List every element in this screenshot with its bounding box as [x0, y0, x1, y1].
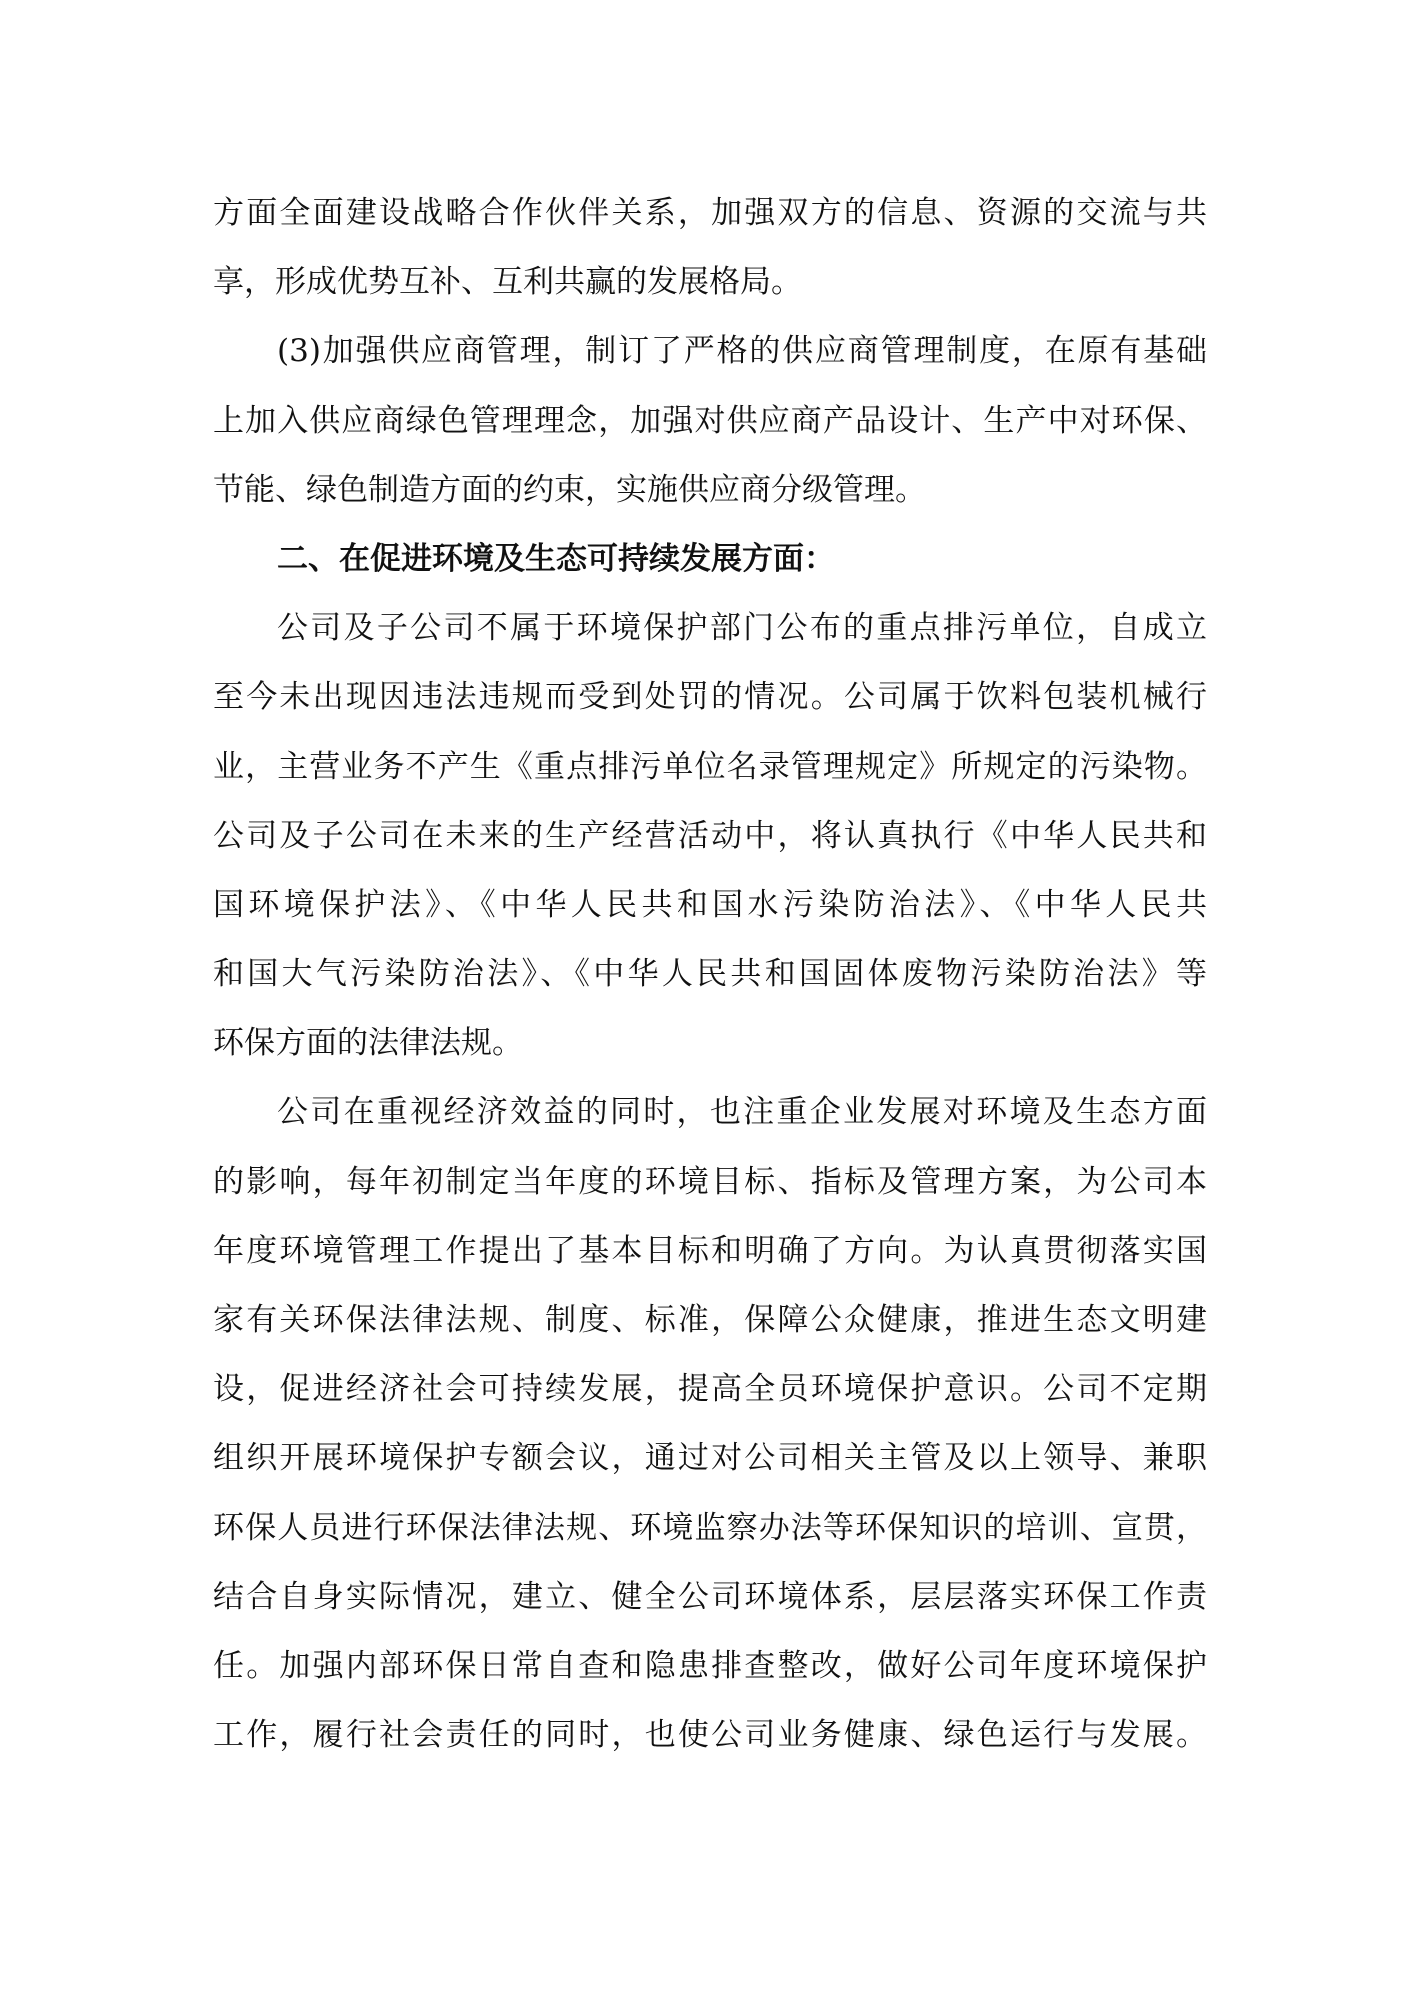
paragraph-line: 设，促进经济社会可持续发展，提高全员环境保护意识。公司不定期	[213, 1369, 1207, 1438]
paragraph-line: 国环境保护法》、《中华人民共和国水污染防治法》、《中华人民共	[213, 885, 1207, 954]
paragraph-line: 结合自身实际情况，建立、健全公司环境体系，层层落实环保工作责	[213, 1577, 1207, 1646]
paragraph-line: 至今未出现因违法违规而受到处罚的情况。公司属于饮料包装机械行	[213, 677, 1207, 746]
paragraph-line: 方面全面建设战略合作伙伴关系，加强双方的信息、资源的交流与共	[213, 193, 1207, 262]
paragraph-line: 任。加强内部环保日常自查和隐患排查整改，做好公司年度环境保护	[213, 1646, 1207, 1715]
paragraph-line: 享，形成优势互补、互利共赢的发展格局。	[213, 262, 1207, 331]
paragraph-line: 和国大气污染防治法》、《中华人民共和国固体废物污染防治法》等	[213, 954, 1207, 1023]
paragraph-line: 公司在重视经济效益的同时，也注重企业发展对环境及生态方面	[213, 1092, 1207, 1161]
paragraph-line: 工作，履行社会责任的同时，也使公司业务健康、绿色运行与发展。	[213, 1715, 1207, 1784]
paragraph-line: 家有关环保法律法规、制度、标准，保障公众健康，推进生态文明建	[213, 1300, 1207, 1369]
paragraph-line: (3)加强供应商管理，制订了严格的供应商管理制度，在原有基础	[213, 331, 1207, 400]
paragraph-line: 节能、绿色制造方面的约束，实施供应商分级管理。	[213, 470, 1207, 539]
paragraph-line: 的影响，每年初制定当年度的环境目标、指标及管理方案，为公司本	[213, 1162, 1207, 1231]
document-body: 方面全面建设战略合作伙伴关系，加强双方的信息、资源的交流与共 享，形成优势互补、…	[213, 193, 1207, 1784]
paragraph-line: 业，主营业务不产生《重点排污单位名录管理规定》所规定的污染物。	[213, 747, 1207, 816]
paragraph-line: 公司及子公司在未来的生产经营活动中，将认真执行《中华人民共和	[213, 816, 1207, 885]
section-heading: 二、在促进环境及生态可持续发展方面：	[213, 539, 1207, 608]
paragraph-line: 上加入供应商绿色管理理念，加强对供应商产品设计、生产中对环保、	[213, 401, 1207, 470]
paragraph-line: 环保方面的法律法规。	[213, 1023, 1207, 1092]
document-page: 方面全面建设战略合作伙伴关系，加强双方的信息、资源的交流与共 享，形成优势互补、…	[0, 0, 1414, 2000]
paragraph-line: 组织开展环境保护专额会议，通过对公司相关主管及以上领导、兼职	[213, 1438, 1207, 1507]
paragraph-line: 公司及子公司不属于环境保护部门公布的重点排污单位，自成立	[213, 608, 1207, 677]
paragraph-line: 年度环境管理工作提出了基本目标和明确了方向。为认真贯彻落实国	[213, 1231, 1207, 1300]
paragraph-line: 环保人员进行环保法律法规、环境监察办法等环保知识的培训、宣贯，	[213, 1508, 1207, 1577]
